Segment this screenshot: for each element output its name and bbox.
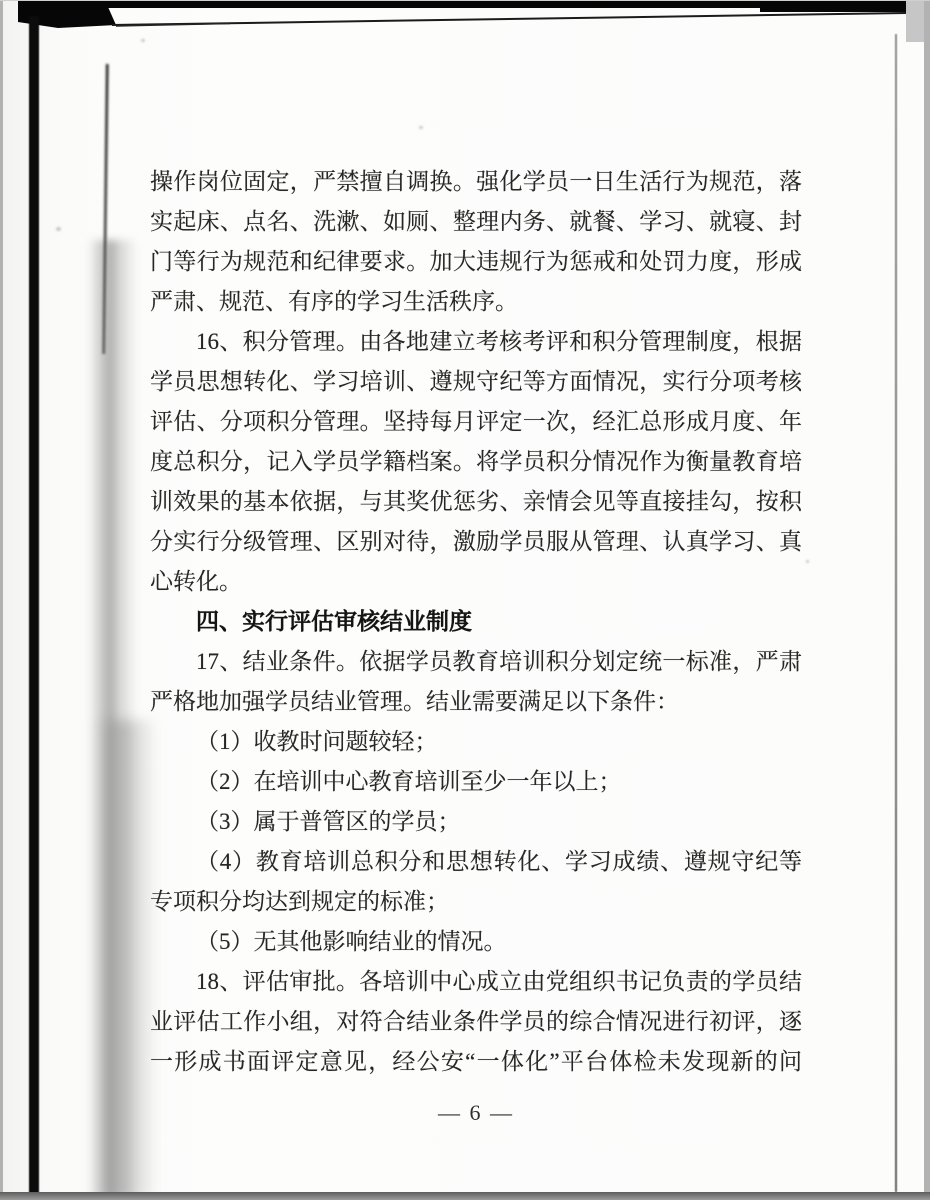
- text-line: （4）教育培训总积分和思想转化、学习成绩、遵规守纪等: [150, 842, 802, 882]
- text-line: 专项积分均达到规定的标准；: [150, 882, 802, 922]
- text-line: （1）收教时问题较轻；: [150, 722, 802, 762]
- text-line: 学员思想转化、学习培训、遵规守纪等方面情况，实行分项考核: [150, 362, 802, 402]
- scan-frame-top: [0, 0, 930, 1]
- text-line: 16、积分管理。由各地建立考核考评和积分管理制度，根据: [150, 322, 802, 362]
- document-body: 操作岗位固定，严禁擅自调换。强化学员一日生活行为规范，落实起床、点名、洗漱、如厕…: [150, 162, 802, 1082]
- scan-frame-bottom: [0, 1192, 930, 1200]
- text-line: （5）无其他影响结业的情况。: [150, 922, 802, 962]
- text-line: 业评估工作小组，对符合结业条件学员的综合情况进行初评，逐: [150, 1002, 802, 1042]
- scan-frame-left: [0, 0, 3, 1200]
- text-line: 分实行分级管理、区别对待，激励学员服从管理、认真学习、真: [150, 522, 802, 562]
- text-line: 一形成书面评定意见，经公安“一体化”平台体检未发现新的问: [150, 1042, 802, 1082]
- scan-artifact-fold-shadow-lower: [96, 720, 158, 1200]
- scanned-document-screenshot: { "document": { "lines": [ {"text":"操作岗位…: [0, 0, 930, 1200]
- text-line: （3）属于普管区的学员；: [150, 802, 802, 842]
- scan-artifact-page-edge-line: [895, 34, 897, 1192]
- text-line: 严肃、规范、有序的学习生活秩序。: [150, 282, 802, 322]
- page-number: — 6 —: [150, 1096, 802, 1130]
- scan-frame-right: [924, 0, 930, 1200]
- text-line: 度总积分，记入学员学籍档案。将学员积分情况作为衡量教育培: [150, 442, 802, 482]
- text-line: 实起床、点名、洗漱、如厕、整理内务、就餐、学习、就寝、封: [150, 202, 802, 242]
- text-line: 17、结业条件。依据学员教育培训积分划定统一标准，严肃: [150, 642, 802, 682]
- text-line: 门等行为规范和纪律要求。加大违规行为惩戒和处罚力度，形成: [150, 242, 802, 282]
- text-line: （2）在培训中心教育培训至少一年以上；: [150, 762, 802, 802]
- scan-speck: [806, 560, 809, 563]
- text-line: 严格地加强学员结业管理。结业需要满足以下条件：: [150, 682, 802, 722]
- scan-artifact-binding-strip: [29, 16, 39, 1200]
- scan-speck: [56, 227, 61, 231]
- scan-speck: [419, 126, 423, 129]
- text-line: 操作岗位固定，严禁擅自调换。强化学员一日生活行为规范，落: [150, 162, 802, 202]
- text-line: 心转化。: [150, 562, 802, 602]
- text-line: 评估、分项积分管理。坚持每月评定一次，经汇总形成月度、年: [150, 402, 802, 442]
- scan-speck: [141, 39, 145, 42]
- text-line: 训效果的基本依据，与其奖优惩劣、亲情会见等直接挂勾，按积: [150, 482, 802, 522]
- section-heading: 四、实行评估审核结业制度: [150, 602, 802, 642]
- text-line: 18、评估审批。各培训中心成立由党组织书记负责的学员结: [150, 962, 802, 1002]
